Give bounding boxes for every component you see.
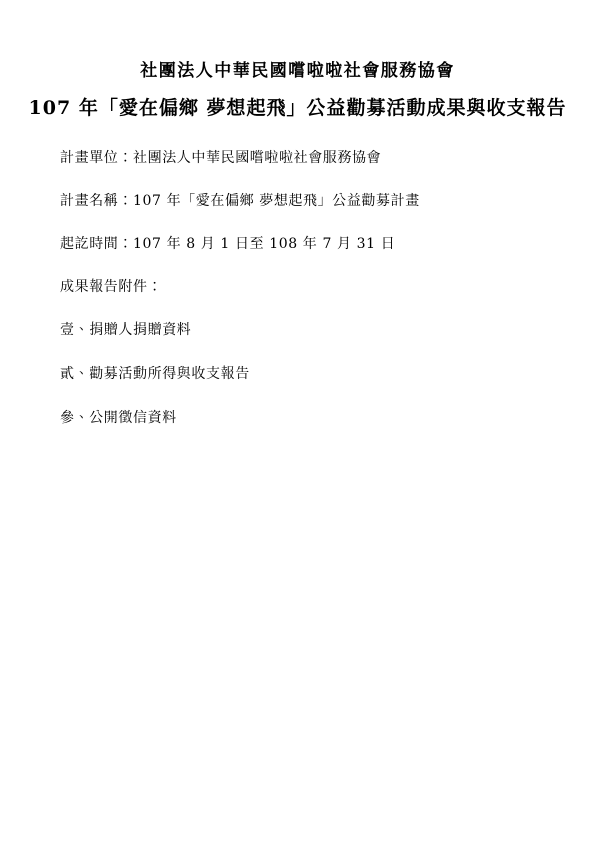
attachment-item-1: 壹、捐贈人捐贈資料 [60, 320, 533, 341]
plan-unit-line: 計畫單位：社團法人中華民國嚐啦啦社會服務協會 [60, 148, 533, 169]
report-title: 107 年「愛在偏鄉 夢想起飛」公益勸募活動成果與收支報告 [0, 94, 595, 122]
attachments-heading: 成果報告附件： [60, 277, 533, 298]
attachment-list: 壹、捐贈人捐贈資料 貳、勸募活動所得與收支報告 參、公開徵信資料 [60, 320, 533, 429]
title-block: 社團法人中華民國嚐啦啦社會服務協會 107 年「愛在偏鄉 夢想起飛」公益勸募活動… [0, 0, 595, 122]
plan-period-line: 起訖時間：107 年 8 月 1 日至 108 年 7 月 31 日 [60, 234, 533, 255]
plan-name-line: 計畫名稱：107 年「愛在偏鄉 夢想起飛」公益勸募計畫 [60, 191, 533, 212]
document-page: 社團法人中華民國嚐啦啦社會服務協會 107 年「愛在偏鄉 夢想起飛」公益勸募活動… [0, 0, 595, 841]
document-body: 計畫單位：社團法人中華民國嚐啦啦社會服務協會 計畫名稱：107 年「愛在偏鄉 夢… [60, 148, 533, 429]
organization-title: 社團法人中華民國嚐啦啦社會服務協會 [0, 58, 595, 84]
attachment-item-2: 貳、勸募活動所得與收支報告 [60, 364, 533, 385]
attachment-item-3: 參、公開徵信資料 [60, 408, 533, 429]
